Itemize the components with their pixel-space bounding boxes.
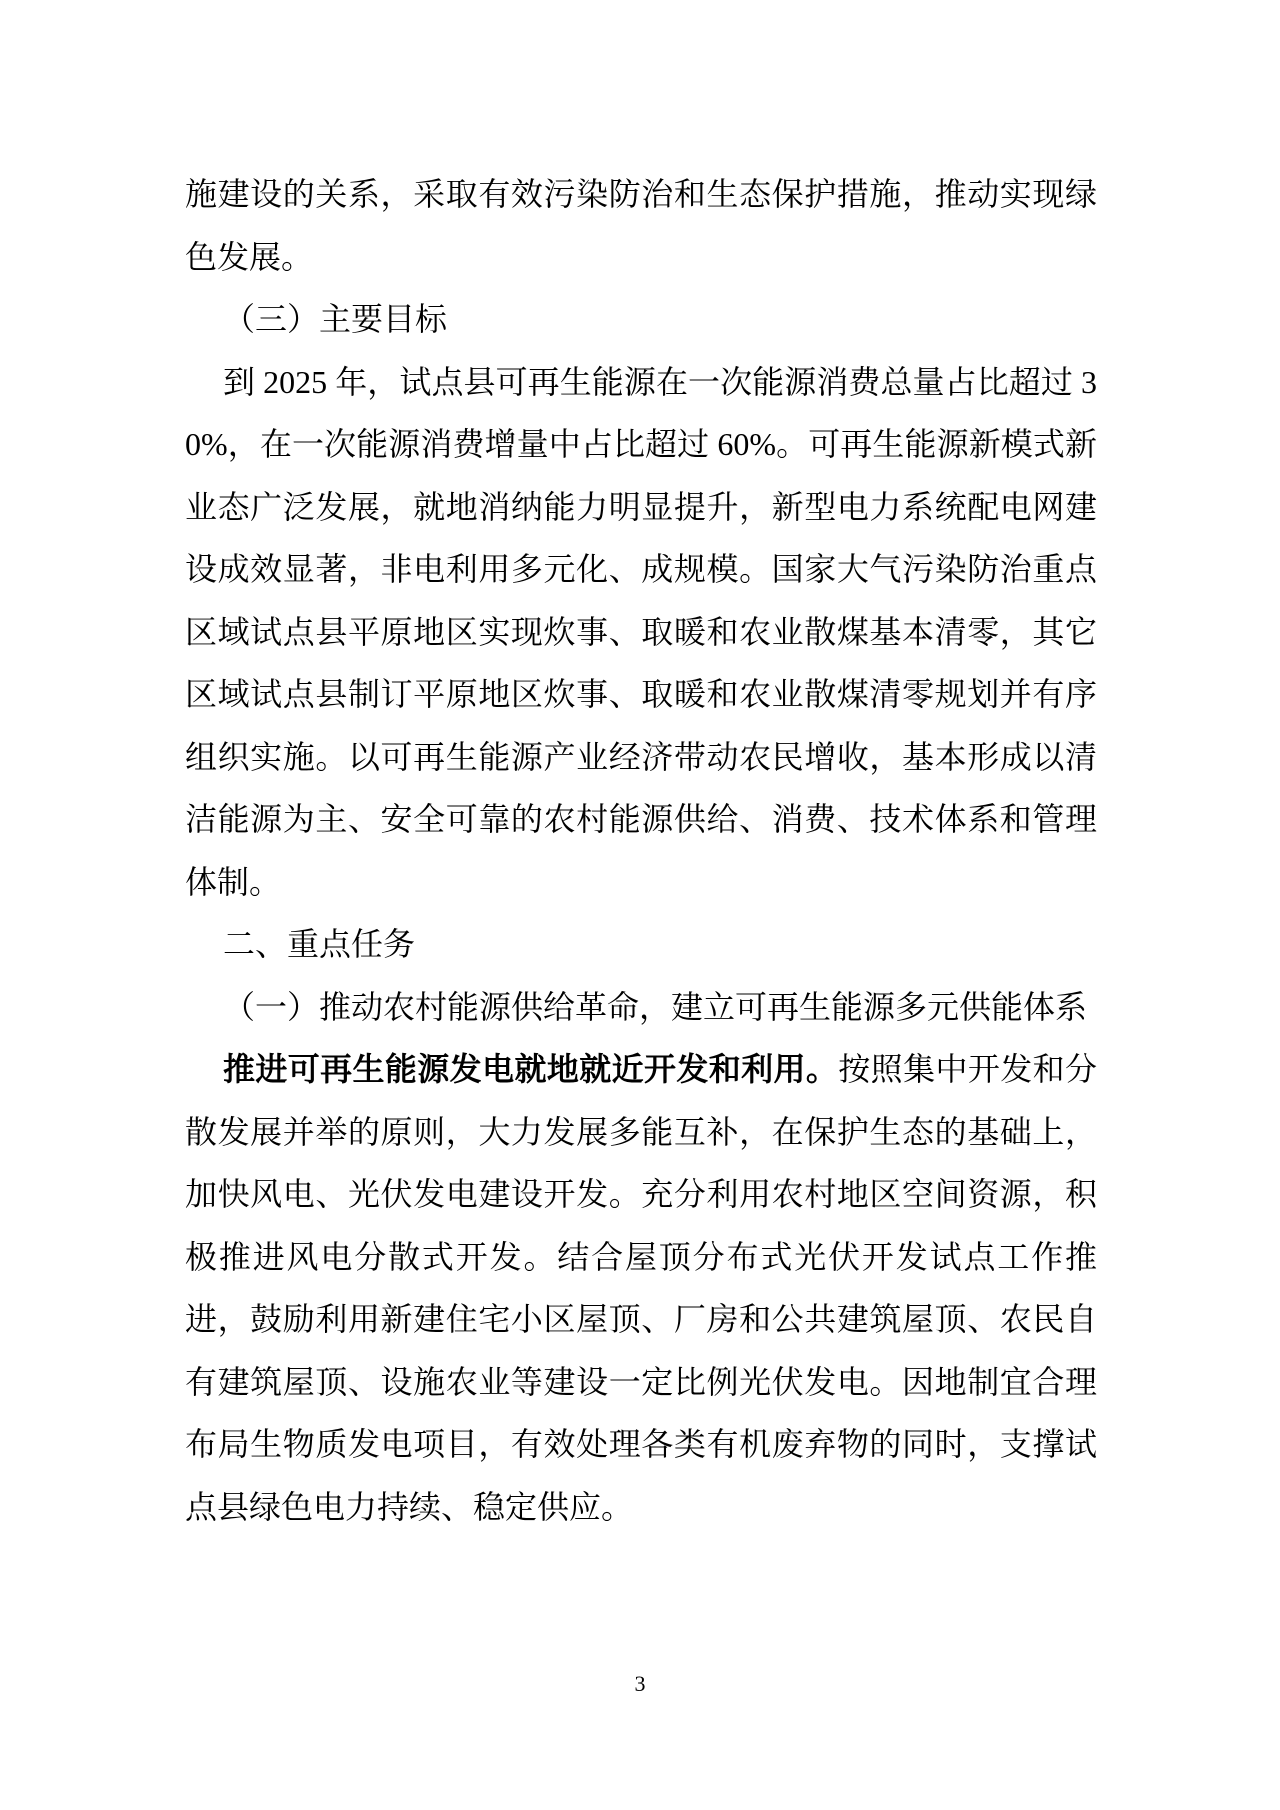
paragraph: 推进可再生能源发电就地就近开发和利用。按照集中开发和分散发展并举的原则，大力发展… — [185, 1038, 1097, 1538]
paragraph: 到 2025 年，试点县可再生能源在一次能源消费总量占比超过 30%，在一次能源… — [185, 351, 1097, 914]
paragraph-text: 按照集中开发和分散发展并举的原则，大力发展多能互补，在保护生态的基础上，加快风电… — [185, 1051, 1097, 1525]
bold-lead-text: 推进可再生能源发电就地就近开发和利用。 — [223, 1051, 838, 1087]
heading: 二、重点任务 — [185, 913, 1097, 976]
paragraph: 施建设的关系，采取有效污染防治和生态保护措施，推动实现绿色发展。 — [185, 163, 1097, 288]
document-body: 施建设的关系，采取有效污染防治和生态保护措施，推动实现绿色发展。（三）主要目标到… — [185, 163, 1097, 1538]
page-number: 3 — [0, 1671, 1280, 1697]
heading: （三）主要目标 — [185, 288, 1097, 351]
document-page: 施建设的关系，采取有效污染防治和生态保护措施，推动实现绿色发展。（三）主要目标到… — [0, 0, 1280, 1810]
heading: （一）推动农村能源供给革命，建立可再生能源多元供能体系 — [185, 976, 1097, 1039]
